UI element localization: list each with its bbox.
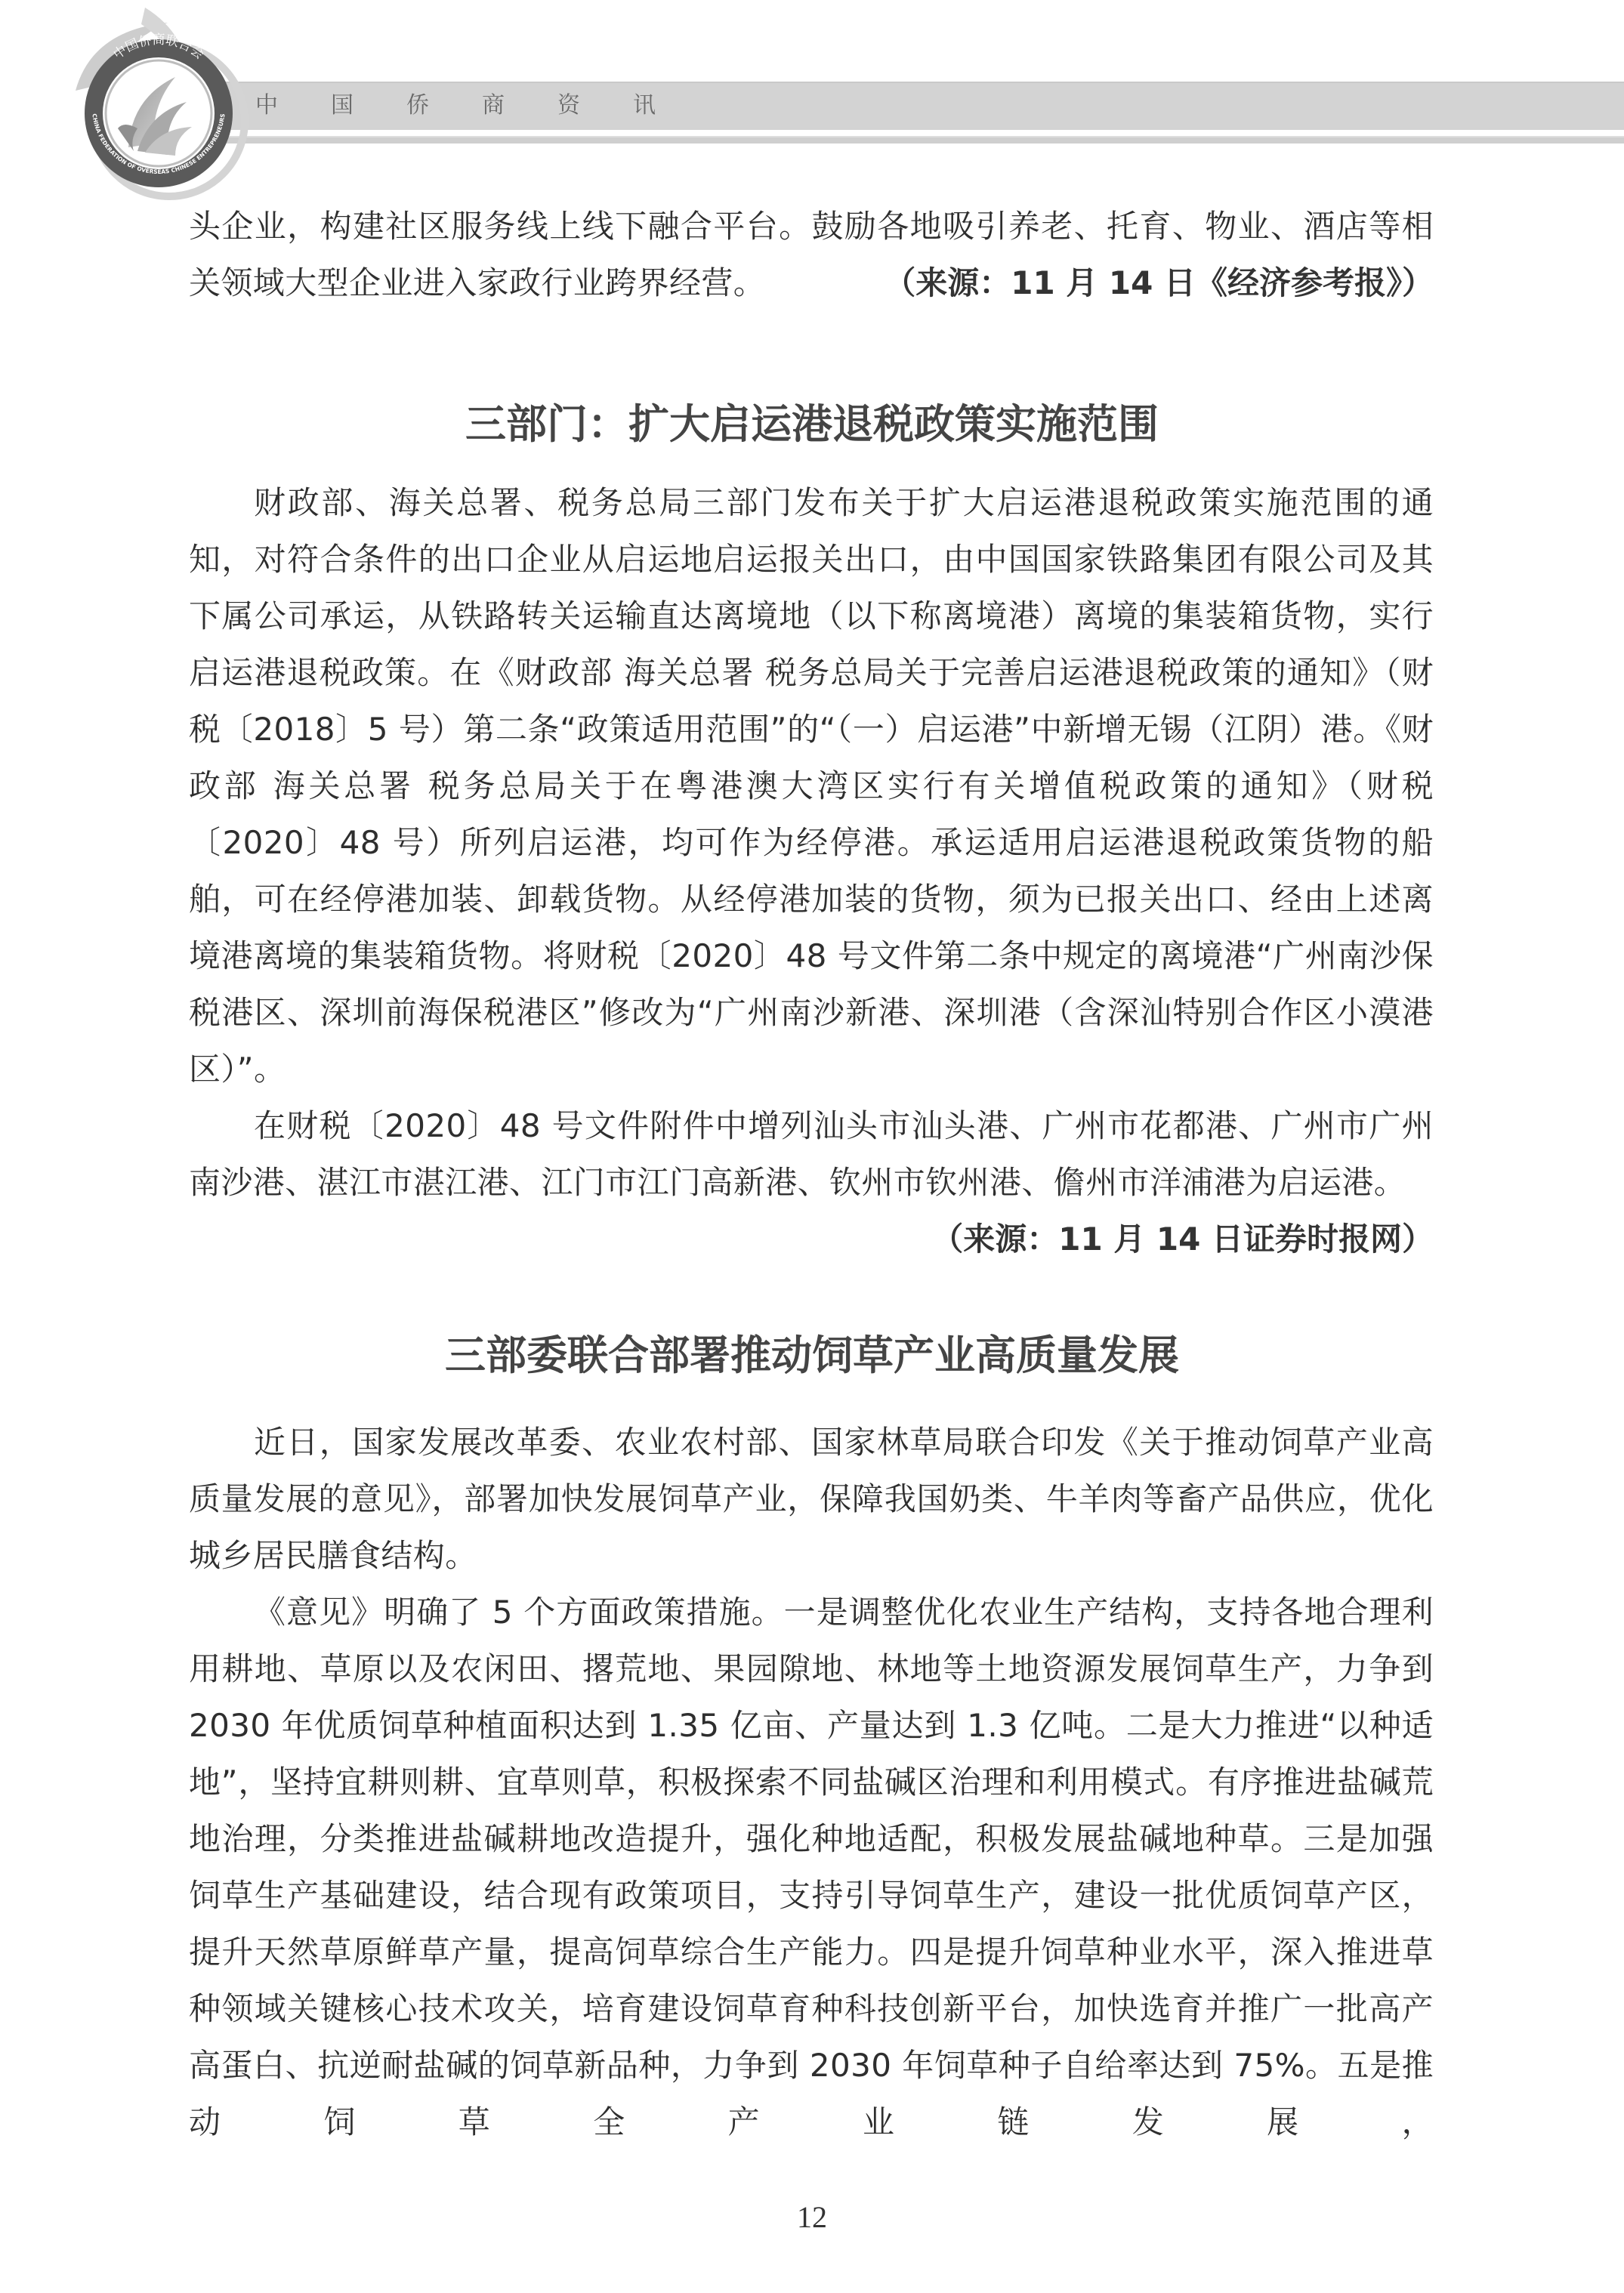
- article-paragraph: 近日，国家发展改革委、农业农村部、国家林草局联合印发《关于推动饲草产业高质量发展…: [189, 1414, 1434, 1584]
- article-paragraph: 在财税〔2020〕48 号文件附件中增列汕头市汕头港、广州市花都港、广州市广州南…: [189, 1097, 1434, 1211]
- article-source: （来源：11 月 14 日证券时报网）: [189, 1211, 1434, 1267]
- publication-title-char: 国: [331, 88, 406, 123]
- publication-title: 中国侨商资讯: [255, 88, 709, 123]
- publication-title-char: 商: [482, 88, 557, 123]
- article-body: 财政部、海关总署、税务总局三部门发布关于扩大启运港退税政策实施范围的通知，对符合…: [189, 474, 1434, 1267]
- article-paragraph: 《意见》明确了 5 个方面政策措施。一是调整优化农业生产结构，支持各地合理利用耕…: [189, 1584, 1434, 2150]
- page-number: 12: [0, 2199, 1624, 2235]
- publication-title-char: 侨: [406, 88, 482, 123]
- article-paragraph: 财政部、海关总署、税务总局三部门发布关于扩大启运港退税政策实施范围的通知，对符合…: [189, 474, 1434, 1097]
- organization-seal-logo-icon: 中国侨商联合会 CHINA FEDERATION OF OVERSEAS CHI…: [62, 8, 258, 204]
- publication-title-char: 中: [255, 88, 331, 123]
- article-body: 近日，国家发展改革委、农业农村部、国家林草局联合印发《关于推动饲草产业高质量发展…: [189, 1414, 1434, 2150]
- article-title: 三部委联合部署推动饲草产业高质量发展: [0, 1329, 1624, 1382]
- article-continuation: 头企业，构建社区服务线上线下融合平台。鼓励各地吸引养老、托育、物业、酒店等相关领…: [189, 198, 1434, 311]
- publication-title-char: 讯: [633, 88, 709, 123]
- article-title: 三部门：扩大启运港退税政策实施范围: [0, 398, 1624, 451]
- publication-title-char: 资: [557, 88, 633, 123]
- header-stripe: [219, 136, 1624, 144]
